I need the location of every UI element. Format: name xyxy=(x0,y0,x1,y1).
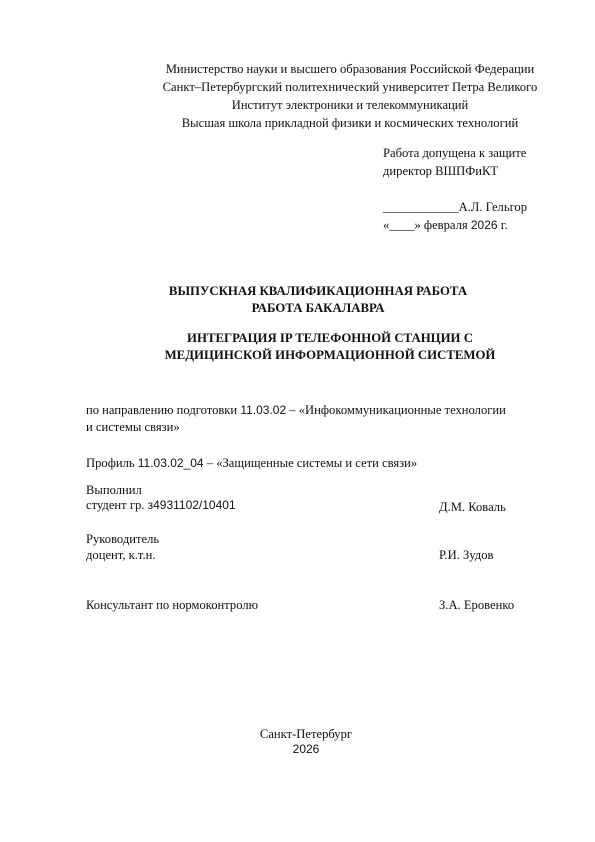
group-number: з4931102/10401 xyxy=(148,498,236,512)
approval-line-2: директор ВШПФиКТ xyxy=(383,162,527,180)
consultant-role: Консультант по нормоконтролю xyxy=(86,598,258,613)
ministry-name: Министерство науки и высшего образования… xyxy=(130,60,570,78)
date-year: 2026 xyxy=(471,218,498,232)
approval-line-1: Работа допущена к защите xyxy=(383,144,527,162)
work-type: ВЫПУСКНАЯ КВАЛИФИКАЦИОННАЯ РАБОТА РАБОТА… xyxy=(98,283,538,317)
approval-block: Работа допущена к защите директор ВШПФиК… xyxy=(383,144,527,234)
work-type-line-1: ВЫПУСКНАЯ КВАЛИФИКАЦИОННАЯ РАБОТА xyxy=(98,283,538,300)
thesis-topic: ИНТЕГРАЦИЯ IP ТЕЛЕФОННОЙ СТАНЦИИ С МЕДИЦ… xyxy=(110,330,550,364)
student-name: Д.М. Коваль xyxy=(439,500,506,515)
profile-code: 11.03.02_04 xyxy=(138,456,204,470)
university-name: Санкт–Петербургский политехнический унив… xyxy=(130,78,570,96)
footer-city: Санкт-Петербург xyxy=(250,727,362,742)
profile-name: – «Защищенные системы и сети связи» xyxy=(204,456,418,470)
institute-name: Институт электроники и телекоммуникаций xyxy=(130,96,570,114)
organization-header: Министерство науки и высшего образования… xyxy=(130,60,570,132)
topic-line-2: МЕДИЦИНСКОЙ ИНФОРМАЦИОННОЙ СИСТЕМОЙ xyxy=(110,347,550,364)
profile-prefix: Профиль xyxy=(86,456,138,470)
direction-line-1: по направлению подготовки 11.03.02 – «Ин… xyxy=(86,403,506,418)
direction-line-2: и системы связи» xyxy=(86,420,180,435)
topic-line-1: ИНТЕГРАЦИЯ IP ТЕЛЕФОННОЙ СТАНЦИИ С xyxy=(110,330,550,347)
signature-blank: ____________ xyxy=(383,200,459,214)
direction-name: – «Инфокоммуникационные технологии xyxy=(286,403,506,417)
date-month: » февраля xyxy=(414,218,470,232)
supervisor-name: Р.И. Зудов xyxy=(439,548,493,563)
direction-code: 11.03.02 xyxy=(240,403,286,417)
work-type-line-2: РАБОТА БАКАЛАВРА xyxy=(98,300,538,317)
approval-date: «____» февраля 2026 г. xyxy=(383,216,527,234)
supervisor-role: Руководитель xyxy=(86,532,159,547)
approval-signature: ____________А.Л. Гельгор xyxy=(383,198,527,216)
date-day-blank: ____ xyxy=(389,218,414,232)
group-label: студент гр. xyxy=(86,498,148,512)
school-name: Высшая школа прикладной физики и космиче… xyxy=(130,114,570,132)
date-suffix: г. xyxy=(498,218,508,232)
student-role: Выполнил xyxy=(86,483,142,498)
footer-year: 2026 xyxy=(250,742,362,757)
approval-signer: А.Л. Гельгор xyxy=(459,200,527,214)
supervisor-title: доцент, к.т.н. xyxy=(86,548,156,563)
profile-line: Профиль 11.03.02_04 – «Защищенные систем… xyxy=(86,456,417,471)
consultant-name: З.А. Еровенко xyxy=(439,598,514,613)
student-group: студент гр. з4931102/10401 xyxy=(86,498,236,513)
direction-prefix: по направлению подготовки xyxy=(86,403,240,417)
